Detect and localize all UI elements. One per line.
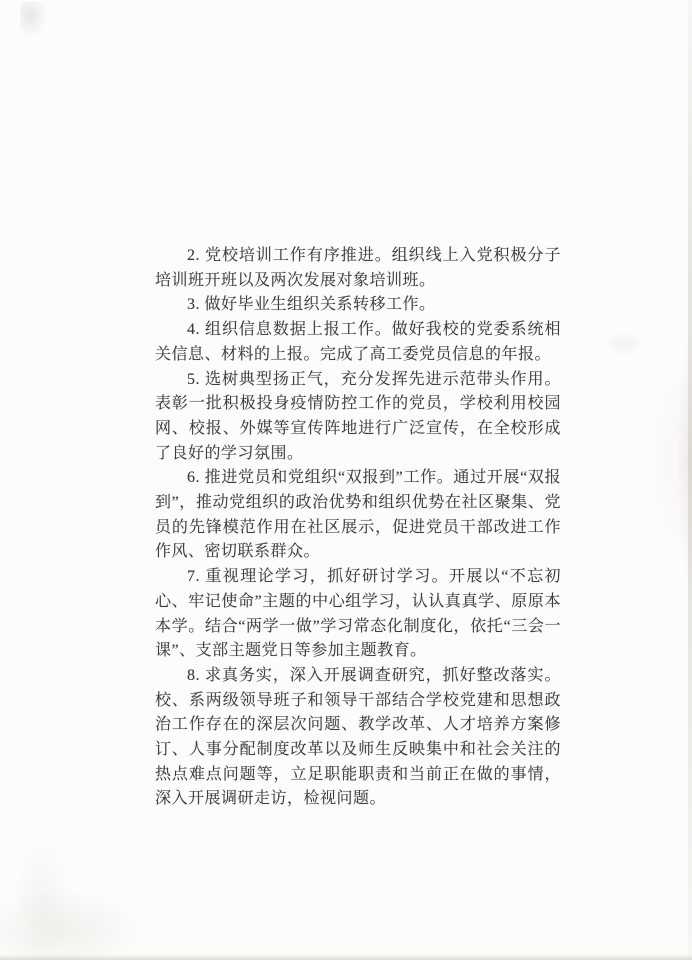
scan-artifact-top-left <box>20 2 46 36</box>
paragraph-4: 4. 组织信息数据上报工作。做好我校的党委系统相关信息、材料的上报。完成了高工委… <box>155 318 561 367</box>
paragraph-3: 3. 做好毕业生组织关系转移工作。 <box>155 293 561 318</box>
paragraph-7: 7. 重视理论学习，抓好研讨学习。开展以“不忘初心、牢记使命”主题的中心组学习，… <box>155 565 561 664</box>
paragraph-5: 5. 选树典型扬正气，充分发挥先进示范带头作用。表彰一批积极投身疫情防控工作的党… <box>155 368 561 467</box>
scanned-document-page: 2. 党校培训工作有序推进。组织线上入党积极分子培训班开班以及两次发展对象培训班… <box>0 0 692 960</box>
paragraph-2: 2. 党校培训工作有序推进。组织线上入党积极分子培训班开班以及两次发展对象培训班… <box>155 244 561 293</box>
scan-edge-bottom <box>0 954 692 960</box>
scan-edge-right <box>688 0 692 960</box>
document-body: 2. 党校培训工作有序推进。组织线上入党积极分子培训班开班以及两次发展对象培训班… <box>155 244 561 812</box>
paragraph-6: 6. 推进党员和党组织“双报到”工作。通过开展“双报到”，推动党组织的政治优势和… <box>155 466 561 565</box>
paragraph-8: 8. 求真务实，深入开展调查研究，抓好整改落实。校、系两级领导班子和领导干部结合… <box>155 664 561 812</box>
